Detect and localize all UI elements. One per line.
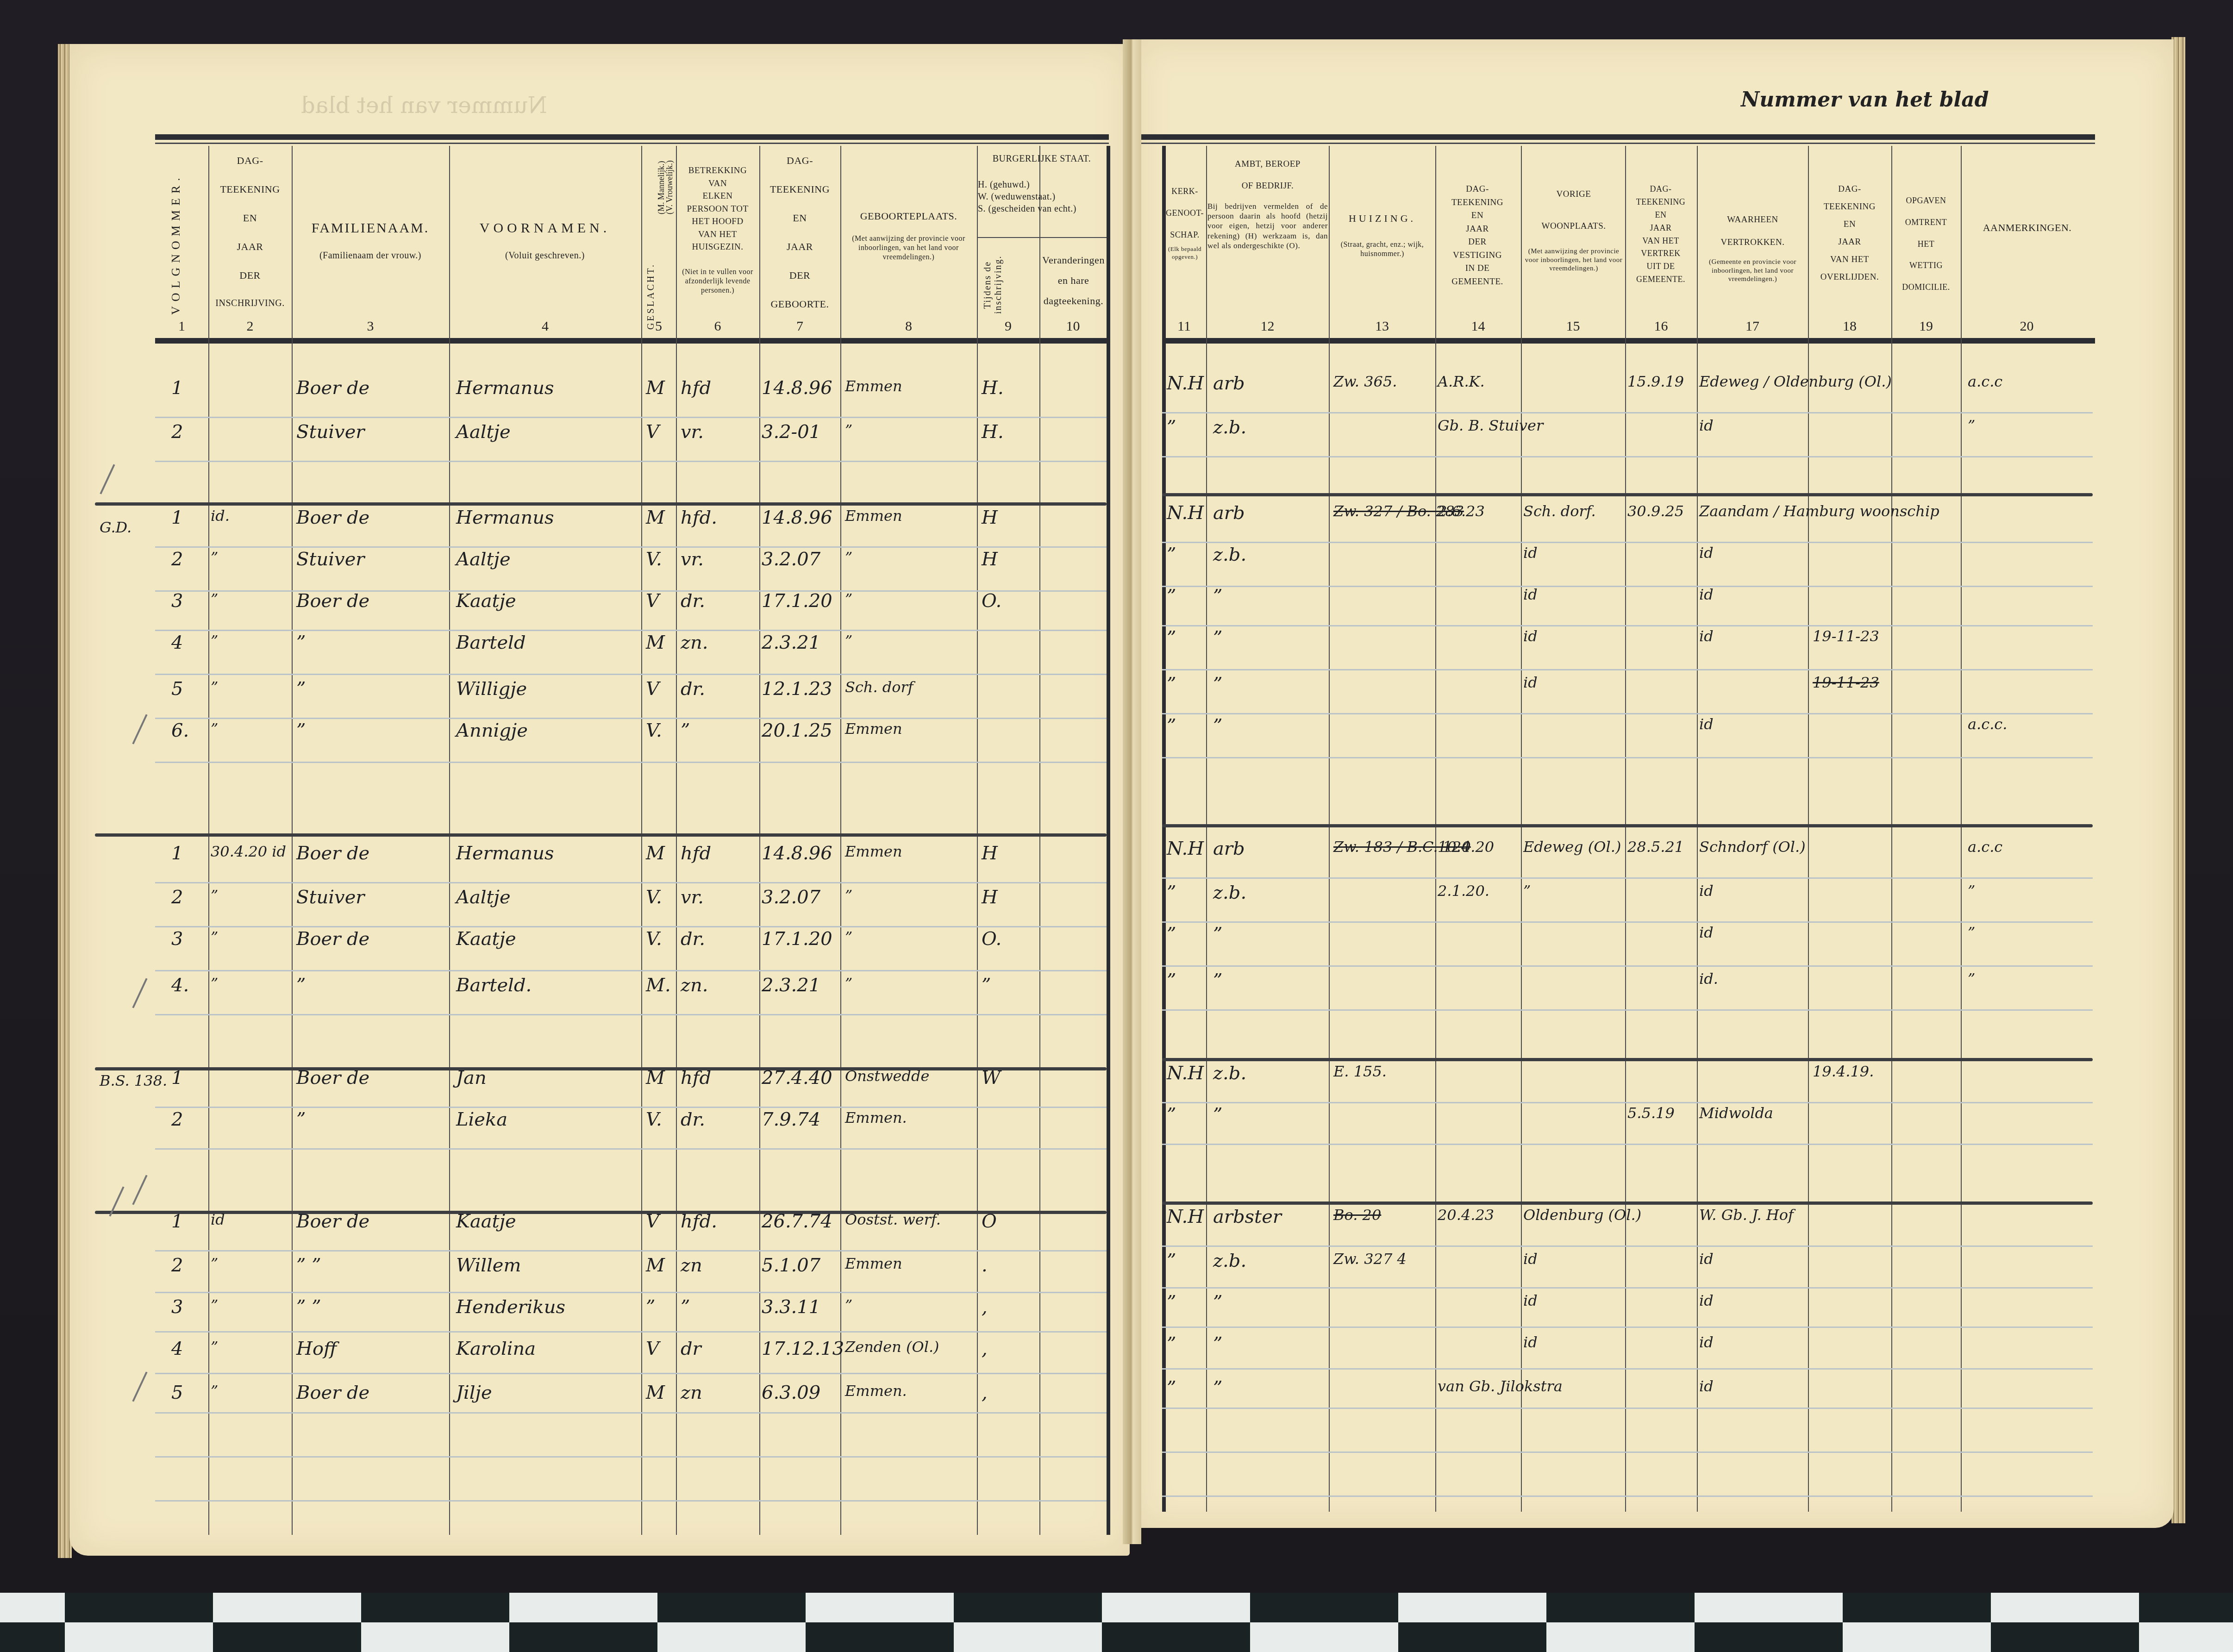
entry-birthplace: Emmen <box>845 377 902 395</box>
header-top-rule-left <box>155 134 1109 140</box>
scale-bar-square <box>65 1593 213 1622</box>
column-rule <box>977 146 978 1535</box>
entry-sex: M <box>646 507 665 528</box>
entry-occ: ” <box>1213 970 1222 991</box>
entry-n: 4 <box>171 1338 183 1359</box>
ruled-line <box>155 970 1107 971</box>
column-rule <box>208 146 209 1535</box>
entry-birthplace: Emmen <box>845 720 902 738</box>
scale-bar-square <box>361 1593 509 1622</box>
entry-rem: a.c.c <box>1968 373 2002 390</box>
col-12-header: AMBT, BEROEP OF BEDRIJF. Bij bedrijven v… <box>1207 157 1328 250</box>
scale-bar-square <box>0 1622 65 1652</box>
scale-bar-square <box>65 1622 213 1652</box>
header-line: JAAR <box>1626 222 1695 235</box>
header-legend-w: W. (weduwenstaat.) <box>978 191 1106 203</box>
entry-dest: id <box>1699 586 1714 603</box>
column-rule <box>1206 146 1207 1512</box>
header-line: GEMEENTE. <box>1626 273 1695 286</box>
entry-rel: dr <box>681 1338 701 1359</box>
entry-date-reg: ” <box>211 549 218 566</box>
header-line: OPGAVEN <box>1892 190 1960 212</box>
household-separator <box>1162 1201 2093 1205</box>
scale-bar-square <box>1695 1622 1843 1652</box>
column-number: 5 <box>641 319 676 334</box>
ruled-line <box>155 1331 1107 1333</box>
entry-n: 3 <box>171 1296 183 1318</box>
entry-sex: V. <box>646 887 662 908</box>
entry-sex: M. <box>646 975 671 996</box>
entry-surname: ” ” <box>296 1296 321 1318</box>
ruled-line <box>1162 1245 2093 1247</box>
entry-birthplace: Emmen. <box>845 1382 907 1400</box>
entry-n: 3 <box>171 590 183 612</box>
column-rule <box>1162 146 1166 1512</box>
entry-surname: Stuiver <box>296 887 364 908</box>
entry-civ: , <box>982 1382 988 1403</box>
entry-date-reg: ” <box>211 928 218 946</box>
entry-settle: 10.4.20 <box>1438 838 1494 856</box>
entry-given: Kaatje <box>456 1211 516 1232</box>
entry-birthplace: ” <box>845 887 852 904</box>
entry-church: N.H <box>1167 502 1204 524</box>
header-top-rule-right <box>1141 134 2095 140</box>
header-note: (Voluit geschreven.) <box>450 249 640 263</box>
entry-occ: ” <box>1213 924 1222 945</box>
column-number: 3 <box>292 319 449 334</box>
ruled-line <box>1162 965 2093 967</box>
entry-dest: id <box>1699 1377 1714 1395</box>
column-number: 19 <box>1891 319 1961 334</box>
entry-dest: id <box>1699 1333 1714 1351</box>
header-line: BETREKKING <box>677 164 758 177</box>
ruled-line <box>155 1456 1107 1458</box>
scale-bar-square <box>213 1593 361 1622</box>
entry-dest: id <box>1699 715 1714 733</box>
entry-dest: Edeweg / Oldenburg (Ol.) <box>1699 373 1892 390</box>
entry-birthplace: Sch. dorf <box>845 678 913 696</box>
sheet-number-label: Nummer van het blad <box>1741 88 1989 112</box>
entry-given: Annigje <box>456 720 528 741</box>
scale-bar-square <box>657 1622 806 1652</box>
scale-bar-square <box>1991 1593 2139 1622</box>
col-17-header: WAARHEEN VERTROKKEN. (Gemeente en provin… <box>1698 213 1807 284</box>
header-legend-h: H. (gehuwd.) <box>978 179 1106 191</box>
entry-dob: 17.1.20 <box>762 928 832 950</box>
entry-occ: ” <box>1213 1333 1222 1355</box>
entry-church: ” <box>1167 544 1176 565</box>
header-line: TEEKENING <box>1437 196 1518 210</box>
entry-given: Willigje <box>456 678 527 700</box>
entry-rel: dr. <box>681 1109 705 1130</box>
header-note: (Met aanwijzing der provincie voor inboo… <box>1523 247 1624 273</box>
entry-surname: Boer de <box>296 928 369 950</box>
entry-sex: V. <box>646 928 662 950</box>
entry-rel: zn <box>681 1382 702 1403</box>
household-separator <box>1162 824 2093 827</box>
entry-date-reg: 30.4.20 id <box>211 843 286 860</box>
entry-surname: Boer de <box>296 1211 369 1232</box>
entry-church: ” <box>1167 586 1176 607</box>
entry-birthplace: ” <box>845 928 852 946</box>
entry-surname: Boer de <box>296 843 369 864</box>
entry-n: 4. <box>171 975 189 996</box>
ruled-line <box>1162 1327 2093 1328</box>
header-title: BURGERLIJKE STAAT. <box>978 153 1106 165</box>
col-20-header: AANMERKINGEN. <box>1962 220 2093 236</box>
column-number: 18 <box>1808 319 1891 334</box>
entry-civ: O <box>982 1211 997 1232</box>
column-rule <box>676 146 677 1535</box>
scale-bar-square <box>1398 1622 1546 1652</box>
entry-dest: Schndorf (Ol.) <box>1699 838 1806 856</box>
entry-birthplace: Emmen <box>845 843 902 860</box>
header-line: WOONPLAATS. <box>1523 219 1624 233</box>
header-line: HET HOOFD <box>677 215 758 228</box>
header-top-thin-rule-left <box>155 143 1109 144</box>
ruled-line <box>155 461 1107 462</box>
ruled-line <box>155 674 1107 675</box>
entry-death: 19.4.19. <box>1813 1063 1874 1080</box>
entry-dob: 17.12.13 <box>762 1338 844 1359</box>
entry-church: ” <box>1167 1104 1176 1126</box>
column-number: 11 <box>1162 319 1206 334</box>
entry-surname: Boer de <box>296 377 369 399</box>
col-9-sub-header: Tijdens de inschrijving. <box>982 245 1010 324</box>
entry-rel: hfd <box>681 1067 711 1089</box>
scale-bar-square <box>1843 1622 1991 1652</box>
column-number: 17 <box>1697 319 1808 334</box>
entry-prev: Sch. dorf. <box>1523 502 1596 520</box>
entry-date-reg: ” <box>211 1296 218 1314</box>
entry-birthplace: Emmen. <box>845 1109 907 1126</box>
entry-given: Barteld. <box>456 975 532 996</box>
entry-sex: V. <box>646 1109 662 1130</box>
entry-birthplace: ” <box>845 632 852 650</box>
column-number: 14 <box>1435 319 1521 334</box>
column-number: 10 <box>1039 319 1107 334</box>
column-rule <box>1808 146 1809 1512</box>
entry-dob: 5.1.07 <box>762 1255 820 1276</box>
header-bottom-rule-left <box>155 338 1109 344</box>
header-line: GEMEENTE. <box>1437 275 1518 289</box>
header-bottom-rule-right <box>1162 338 2095 344</box>
entry-n: 1 <box>171 377 183 399</box>
entry-rem: ” <box>1968 924 1975 941</box>
entry-dob: 14.8.96 <box>762 843 832 864</box>
entry-church: ” <box>1167 970 1176 991</box>
entry-surname: ” <box>296 720 306 741</box>
entry-date-reg: ” <box>211 1382 218 1400</box>
entry-sex: M <box>646 1382 665 1403</box>
column-rule <box>759 146 760 1535</box>
entry-occ: ” <box>1213 674 1222 695</box>
entry-surname: Boer de <box>296 1067 369 1089</box>
entry-birthplace: ” <box>845 421 852 439</box>
header-legend-s: S. (gescheiden van echt.) <box>978 203 1106 215</box>
ruled-line <box>155 546 1107 548</box>
column-number: 4 <box>449 319 641 334</box>
col-8-header: GEBOORTEPLAATS. (Met aanwijzing der prov… <box>841 208 976 262</box>
header-line: GEBOORTE. <box>760 296 839 312</box>
entry-sex: V <box>646 1338 659 1359</box>
header-line: KERK- <box>1164 181 1205 202</box>
entry-settle: Gb. B. Stuiver <box>1438 417 1543 434</box>
entry-given: Jilje <box>456 1382 492 1403</box>
col-19-header: OPGAVEN OMTRENT HET WETTIG DOMICILIE. <box>1892 190 1960 298</box>
entry-rel: ” <box>681 720 690 741</box>
col-9-header: BURGERLIJKE STAAT. H. (gehuwd.) W. (wedu… <box>978 153 1106 215</box>
header-line: Veranderingen <box>1040 250 1107 270</box>
color-scale-bar <box>0 1593 2233 1652</box>
header-line: VAN HET <box>677 228 758 241</box>
entry-rel: vr. <box>681 549 704 570</box>
entry-birthplace: ” <box>845 1296 852 1314</box>
entry-occ: z.b. <box>1213 1250 1246 1271</box>
col-16-header: DAG- TEEKENING EN JAAR VAN HET VERTREK U… <box>1626 183 1695 286</box>
entry-birthplace: ” <box>845 975 852 992</box>
entry-birthplace: Emmen <box>845 1255 902 1272</box>
ruled-line <box>1162 542 2093 543</box>
ruled-line <box>155 1373 1107 1374</box>
entry-church: N.H <box>1167 838 1204 859</box>
col-6-header: BETREKKING VAN ELKEN PERSOON TOT HET HOO… <box>677 164 758 295</box>
ruled-line <box>155 882 1107 883</box>
column-rule <box>292 146 293 1535</box>
scale-bar-square <box>806 1622 954 1652</box>
entry-rel: dr. <box>681 928 705 950</box>
column-number: 6 <box>676 319 759 334</box>
entry-surname: Hoff <box>296 1338 337 1359</box>
entry-occ: z.b. <box>1213 417 1246 438</box>
header-line: ELKEN <box>677 190 758 203</box>
header-line: AMBT, BEROEP <box>1207 157 1328 171</box>
entry-prev: id <box>1523 627 1538 645</box>
entry-sex: V. <box>646 549 662 570</box>
household-separator <box>95 1211 1107 1214</box>
scale-bar-square <box>1250 1622 1398 1652</box>
entry-dest: id <box>1699 882 1714 900</box>
entry-civ: . <box>982 1255 988 1276</box>
scale-bar-square <box>2139 1622 2233 1652</box>
scale-bar-square <box>1250 1593 1398 1622</box>
entry-birthplace: ” <box>845 549 852 566</box>
ruled-line <box>1162 1287 2093 1289</box>
entry-sex: V <box>646 590 659 612</box>
entry-dob: 17.1.20 <box>762 590 832 612</box>
entry-sex: V <box>646 678 659 700</box>
entry-civ: H <box>982 843 998 864</box>
ruled-line <box>155 417 1107 418</box>
entry-sex: M <box>646 377 665 399</box>
entry-surname: ” <box>296 975 306 996</box>
header-line: SCHAP. <box>1164 224 1205 246</box>
header-line: TEEKENING <box>760 181 839 197</box>
entry-occ: arb <box>1213 502 1245 524</box>
household-separator <box>1162 493 2093 496</box>
ruled-line <box>1162 713 2093 714</box>
entry-dob: 7.9.74 <box>762 1109 820 1130</box>
scale-bar-square <box>954 1593 1102 1622</box>
header-line: VERTROKKEN. <box>1698 236 1807 249</box>
header-title: GEBOORTEPLAATS. <box>841 208 976 224</box>
header-line: JAAR <box>209 239 291 255</box>
column-number: 1 <box>155 319 208 334</box>
entry-settle: 20.4.23 <box>1438 1206 1494 1224</box>
household-margin-note: G.D. <box>100 519 131 536</box>
entry-rem: ” <box>1968 970 1975 988</box>
household-separator <box>1162 1058 2093 1061</box>
entry-sex: M <box>646 1067 665 1089</box>
entry-n: 1 <box>171 1211 183 1232</box>
entry-n: 5 <box>171 678 183 700</box>
header-line: DER <box>1437 236 1518 249</box>
header-note: (Gemeente en provincie voor inboorlingen… <box>1698 258 1807 284</box>
entry-birthplace: Onstwedde <box>845 1067 929 1085</box>
entry-dob: 3.2.07 <box>762 549 820 570</box>
ruled-line <box>155 762 1107 763</box>
entry-dest: id <box>1699 1292 1714 1309</box>
entry-rel: hfd. <box>681 1211 717 1232</box>
entry-given: Barteld <box>456 632 526 653</box>
header-note: Bij bedrijven vermelden of de persoon da… <box>1207 201 1328 250</box>
entry-n: 2 <box>171 549 183 570</box>
column-number: 15 <box>1521 319 1625 334</box>
ruled-line <box>1162 757 2093 758</box>
header-top-thin-rule-right <box>1141 143 2095 144</box>
entry-prev: ” <box>1523 882 1531 900</box>
entry-given: Aaltje <box>456 549 511 570</box>
column-number: 8 <box>840 319 977 334</box>
entry-church: ” <box>1167 924 1176 945</box>
entry-n: 4 <box>171 632 183 653</box>
ruled-line <box>1162 1496 2093 1497</box>
ruled-line <box>155 1292 1107 1293</box>
entry-given: Jan <box>456 1067 487 1089</box>
entry-civ: H <box>982 507 998 528</box>
entry-given: Aaltje <box>456 421 511 443</box>
entry-church: N.H <box>1167 1063 1204 1084</box>
scale-bar-square <box>657 1593 806 1622</box>
scale-bar-square <box>954 1622 1102 1652</box>
entry-date-reg: ” <box>211 1255 218 1272</box>
scale-bar-square <box>1102 1593 1250 1622</box>
entry-dest: id <box>1699 1250 1714 1268</box>
ruled-line <box>1162 412 2093 413</box>
ruled-line <box>1162 1102 2093 1103</box>
ruled-line <box>1162 877 2093 879</box>
entry-rel: hfd <box>681 377 711 399</box>
entry-surname: Boer de <box>296 590 369 612</box>
entry-church: ” <box>1167 417 1176 438</box>
header-line: DAG- <box>1437 183 1518 196</box>
entry-rel: zn. <box>681 632 708 653</box>
entry-house: Bo. 20 <box>1333 1206 1381 1224</box>
scale-bar-square <box>509 1593 657 1622</box>
entry-n: 1 <box>171 507 183 528</box>
column-rule <box>840 146 841 1535</box>
header-line: OVERLIJDEN. <box>1809 269 1890 286</box>
entry-civ: H <box>982 887 998 908</box>
entry-prev: id <box>1523 1333 1538 1351</box>
entry-birthplace: Emmen <box>845 507 902 525</box>
entry-church: ” <box>1167 715 1176 737</box>
entry-occ: z.b. <box>1213 1063 1246 1084</box>
entry-given: Willem <box>456 1255 521 1276</box>
column-number: 20 <box>1961 319 2093 334</box>
entry-prev: Edeweg (Ol.) <box>1523 838 1621 856</box>
entry-dob: 12.1.23 <box>762 678 832 700</box>
scale-bar-square <box>1991 1622 2139 1652</box>
column-rule <box>1329 146 1330 1512</box>
entry-given: Henderikus <box>456 1296 565 1318</box>
entry-dep-date: 15.9.19 <box>1627 373 1684 390</box>
header-line: en hare <box>1040 270 1107 291</box>
entry-occ: arb <box>1213 838 1245 859</box>
entry-surname: Boer de <box>296 507 369 528</box>
header-line: TEEKENING <box>1626 196 1695 209</box>
scale-bar-square <box>0 1593 65 1622</box>
scale-bar-square <box>1546 1622 1695 1652</box>
entry-rel: dr. <box>681 678 705 700</box>
column-rule <box>449 146 450 1535</box>
entry-surname: ” <box>296 632 306 653</box>
entry-sex: M <box>646 632 665 653</box>
entry-dest: Midwolda <box>1699 1104 1773 1122</box>
entry-dob: 26.7.74 <box>762 1211 832 1232</box>
entry-rel: zn <box>681 1255 702 1276</box>
entry-rel: hfd. <box>681 507 717 528</box>
scale-bar-square <box>2139 1593 2233 1622</box>
entry-death: 19-11-23 <box>1813 627 1879 645</box>
entry-dob: 3.3.11 <box>762 1296 820 1318</box>
entry-n: 3 <box>171 928 183 950</box>
header-line: WETTIG <box>1892 255 1960 276</box>
col-14-header: DAG- TEEKENING EN JAAR DER VESTIGING IN … <box>1437 183 1518 288</box>
header-line: IN DE <box>1437 262 1518 275</box>
header-line: INSCHRIJVING. <box>209 296 291 311</box>
entry-occ: arbster <box>1213 1206 1282 1227</box>
scale-bar-square <box>1695 1593 1843 1622</box>
header-line: DAG- <box>760 153 839 169</box>
entry-rem: a.c.c. <box>1968 715 2007 733</box>
header-line: DAG- <box>1809 181 1890 198</box>
column-rule <box>1891 146 1892 1512</box>
entry-civ: H. <box>982 421 1004 443</box>
entry-prev: id <box>1523 674 1538 691</box>
column-rule <box>1435 146 1436 1512</box>
scale-bar-square <box>1546 1593 1695 1622</box>
header-line: EN <box>1809 216 1890 233</box>
entry-date-reg: ” <box>211 887 218 904</box>
entry-sex: V <box>646 421 659 443</box>
entry-settle: 2.6.23 <box>1438 502 1485 520</box>
entry-prev: id <box>1523 544 1538 562</box>
entry-dob: 14.8.96 <box>762 507 832 528</box>
ruled-line <box>155 1107 1107 1108</box>
header-line: JAAR <box>760 239 839 255</box>
header-line: UIT DE <box>1626 260 1695 273</box>
header-title: FAMILIENAAM. <box>293 218 448 239</box>
entry-civ: H. <box>982 377 1004 399</box>
entry-date-reg: ” <box>211 720 218 738</box>
entry-date-reg: id. <box>211 507 230 525</box>
header-line: HUISGEZIN. <box>677 241 758 254</box>
entry-occ: ” <box>1213 1292 1222 1313</box>
entry-dob: 3.2-01 <box>762 421 821 443</box>
entry-house: Zw. 327 4 <box>1333 1250 1407 1268</box>
ruled-line <box>1162 1368 2093 1370</box>
